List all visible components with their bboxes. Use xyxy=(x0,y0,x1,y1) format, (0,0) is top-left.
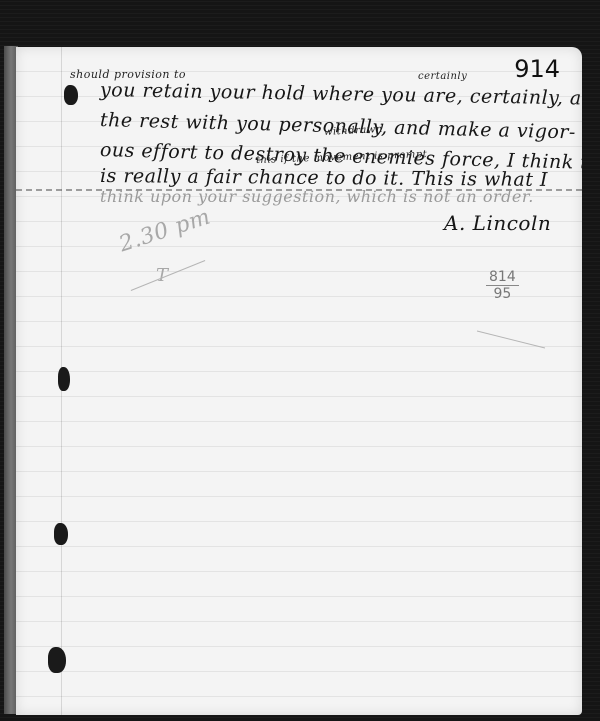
binding-hole-bottom xyxy=(48,647,66,673)
pencil-mark xyxy=(477,331,545,349)
archival-fraction: 814 95 xyxy=(486,269,519,302)
fraction-numerator: 814 xyxy=(486,269,519,286)
binding-hole-upper-mid xyxy=(58,367,70,391)
fraction-denominator: 95 xyxy=(486,286,519,302)
pencil-time-note: 2.30 pm xyxy=(116,204,214,257)
document-page: 914 should provision to certainly you re… xyxy=(16,47,582,715)
binding-hole-top xyxy=(64,85,78,105)
interlinear-insertion: certainly xyxy=(418,71,467,82)
letter-line-1: you retain your hold where you are, cert… xyxy=(100,79,582,111)
binding-hole-lower-mid xyxy=(54,523,68,545)
folio-number: 914 xyxy=(514,55,560,83)
letter-line-5: think upon your suggestion, which is not… xyxy=(100,187,534,206)
signature: A. Lincoln xyxy=(444,211,551,235)
